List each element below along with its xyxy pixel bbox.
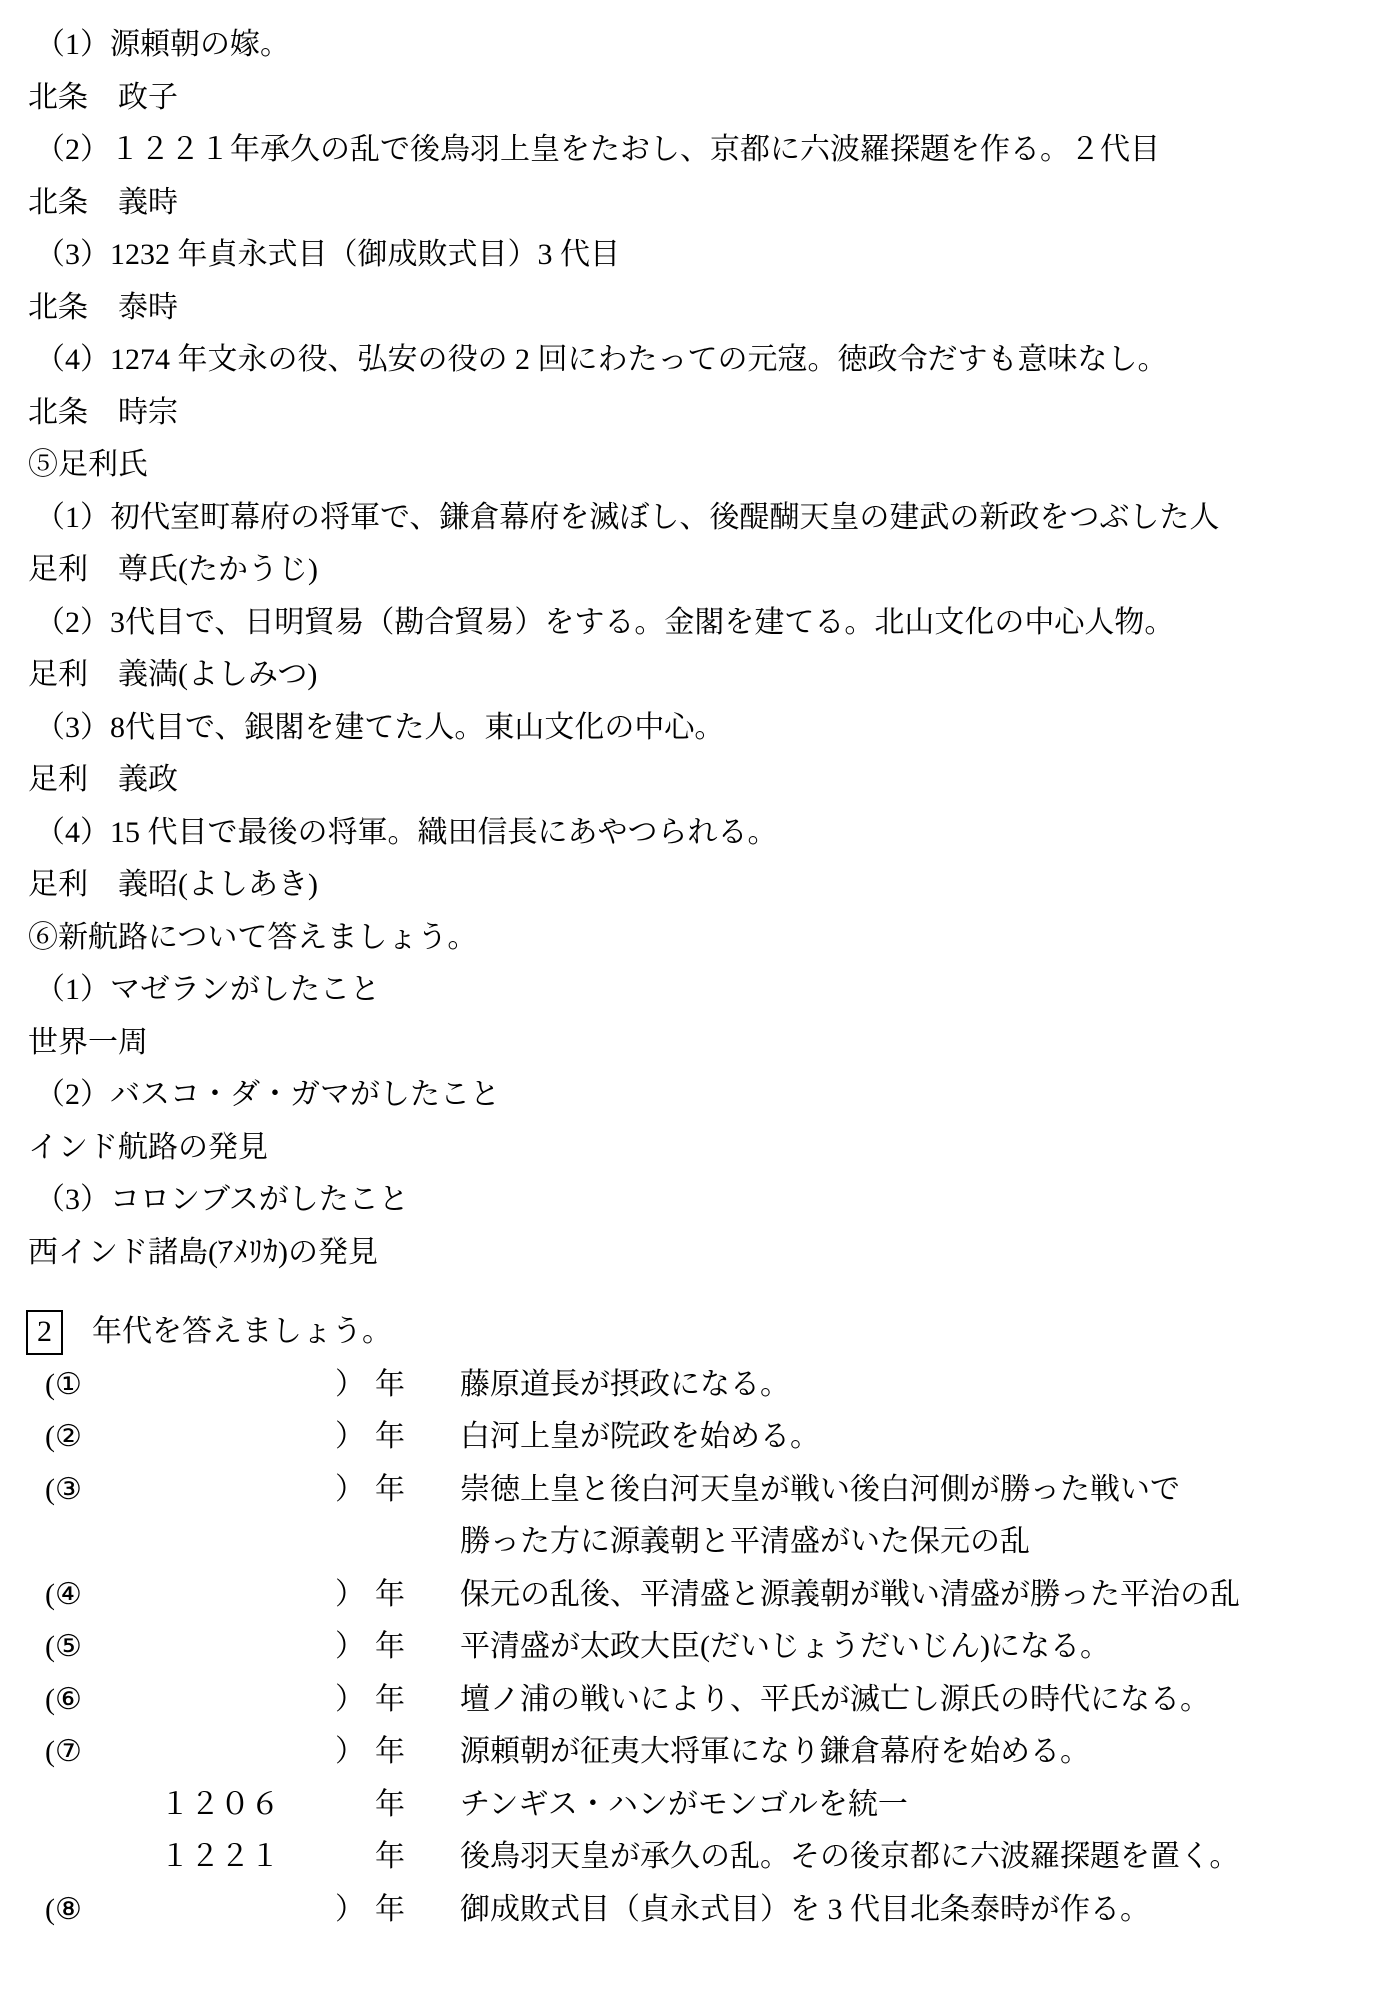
given-year-row: １２０６年チンギス・ハンがモンゴルを統一 <box>0 1779 1396 1832</box>
year-question-row: (⑤）年平清盛が太政大臣(だいじょうだいじん)になる。 <box>0 1621 1396 1674</box>
event-description: 白河上皇が院政を始める。 <box>460 1422 820 1452</box>
answer-line: 足利 義政 <box>0 754 1396 807</box>
question-line: （3）8代目で、銀閣を建てた人。東山文化の中心。 <box>0 702 1396 755</box>
question-text: （3）8代目で、銀閣を建てた人。東山文化の中心。 <box>35 713 724 743</box>
answer-blank-open: (⑥ <box>45 1685 335 1715</box>
year-question-row: (④）年保元の乱後、平清盛と源義朝が戦い清盛が勝った平治の乱 <box>0 1569 1396 1622</box>
answer-blank-close: ） <box>335 1422 375 1452</box>
answer-line: 足利 義昭(よしあき) <box>0 859 1396 912</box>
year-question-row: (⑦）年源頼朝が征夷大将軍になり鎌倉幕府を始める。 <box>0 1726 1396 1779</box>
answer-blank-open: (⑧ <box>45 1895 335 1925</box>
section2-title: 年代を答えましょう。 <box>92 1317 392 1347</box>
question-line: （1）初代室町幕府の将軍で、鎌倉幕府を滅ぼし、後醍醐天皇の建武の新政をつぶした人 <box>0 492 1396 545</box>
event-description: 後鳥羽天皇が承久の乱。その後京都に六波羅探題を置く。 <box>460 1842 1239 1872</box>
given-year: １２０６ <box>45 1790 335 1820</box>
question-text: （3）1232 年貞永式目（御成敗式目）3 代目 <box>35 240 620 270</box>
answer-text: 西インド諸島(ｱﾒﾘｶ)の発見 <box>28 1238 378 1268</box>
answer-blank-close: ） <box>335 1632 375 1662</box>
section-heading-new-routes: ⑥新航路について答えましょう。 <box>0 912 1396 965</box>
answer-text: インド航路の発見 <box>28 1133 268 1163</box>
answer-text: 北条 泰時 <box>28 293 178 323</box>
answer-line: インド航路の発見 <box>0 1122 1396 1175</box>
answer-blank-open: (② <box>45 1422 335 1452</box>
year-question-row: (③）年崇徳上皇と後白河天皇が戦い後白河側が勝った戦いで <box>0 1464 1396 1517</box>
answer-text: 足利 義昭(よしあき) <box>28 870 318 900</box>
answer-blank-open: (③ <box>45 1475 335 1505</box>
answer-blank-close: ） <box>335 1580 375 1610</box>
answer-blank-open: (① <box>45 1370 335 1400</box>
question-line: （4）15 代目で最後の将軍。織田信長にあやつられる。 <box>0 807 1396 860</box>
answer-blank-open: (④ <box>45 1580 335 1610</box>
answer-text: 世界一周 <box>28 1028 148 1058</box>
answer-line: 足利 尊氏(たかうじ) <box>0 544 1396 597</box>
answer-blank-open: (⑤ <box>45 1632 335 1662</box>
question-line: （4）1274 年文永の役、弘安の役の 2 回にわたっての元寇。徳政令だすも意味… <box>0 334 1396 387</box>
year-unit-label: 年 <box>375 1685 460 1715</box>
answer-line: 北条 時宗 <box>0 387 1396 440</box>
question-line: （3）1232 年貞永式目（御成敗式目）3 代目 <box>0 229 1396 282</box>
answer-text: 足利 義政 <box>28 765 178 795</box>
question-line: （2）3代目で、日明貿易（勘合貿易）をする。金閣を建てる。北山文化の中心人物。 <box>0 597 1396 650</box>
answer-blank-close: ） <box>335 1895 375 1925</box>
given-year-row: １２２１年後鳥羽天皇が承久の乱。その後京都に六波羅探題を置く。 <box>0 1831 1396 1884</box>
year-unit-label: 年 <box>375 1580 460 1610</box>
event-description: チンギス・ハンがモンゴルを統一 <box>460 1790 908 1820</box>
event-description: 保元の乱後、平清盛と源義朝が戦い清盛が勝った平治の乱 <box>460 1580 1240 1610</box>
year-unit-label: 年 <box>375 1475 460 1505</box>
year-unit-label: 年 <box>375 1842 460 1872</box>
question-text: （3）コロンブスがしたこと <box>35 1185 409 1215</box>
answer-line: 北条 義時 <box>0 177 1396 230</box>
heading-text: ⑤足利氏 <box>28 450 148 480</box>
answer-line: 世界一周 <box>0 1017 1396 1070</box>
year-unit-label: 年 <box>375 1790 460 1820</box>
question-line: （2）バスコ・ダ・ガマがしたこと <box>0 1069 1396 1122</box>
event-description: 源頼朝が征夷大将軍になり鎌倉幕府を始める。 <box>460 1737 1090 1767</box>
year-unit-label: 年 <box>375 1370 460 1400</box>
year-question-row: (②）年白河上皇が院政を始める。 <box>0 1411 1396 1464</box>
answer-line: 北条 泰時 <box>0 282 1396 335</box>
answer-blank-close: ） <box>335 1475 375 1505</box>
section-heading-ashikaga: ⑤足利氏 <box>0 439 1396 492</box>
year-question-row: (⑧）年御成敗式目（貞永式目）を 3 代目北条泰時が作る。 <box>0 1884 1396 1937</box>
question-text: （1）源頼朝の嫁。 <box>35 30 290 60</box>
answer-blank-close: ） <box>335 1685 375 1715</box>
event-description: 御成敗式目（貞永式目）を 3 代目北条泰時が作る。 <box>460 1895 1150 1925</box>
question-line: （1）源頼朝の嫁。 <box>0 19 1396 72</box>
question-line: （1）マゼランがしたこと <box>0 964 1396 1017</box>
section-number-box: 2 <box>26 1310 63 1355</box>
answer-text: 北条 政子 <box>28 83 178 113</box>
section2-heading: 2 年代を答えましょう。 <box>0 1306 1396 1359</box>
event-description-continuation: 勝った方に源義朝と平清盛がいた保元の乱 <box>0 1516 1396 1569</box>
question-text: （4）15 代目で最後の将軍。織田信長にあやつられる。 <box>35 818 778 848</box>
year-unit-label: 年 <box>375 1422 460 1452</box>
event-description: 平清盛が太政大臣(だいじょうだいじん)になる。 <box>460 1632 1110 1662</box>
event-description: 崇徳上皇と後白河天皇が戦い後白河側が勝った戦いで <box>460 1475 1180 1505</box>
question-line: （3）コロンブスがしたこと <box>0 1174 1396 1227</box>
answer-line: 西インド諸島(ｱﾒﾘｶ)の発見 <box>0 1227 1396 1280</box>
answer-line: 足利 義満(よしみつ) <box>0 649 1396 702</box>
question-line: （2）１２２１年承久の乱で後鳥羽上皇をたおし、京都に六波羅探題を作る。２代目 <box>0 124 1396 177</box>
event-description: 壇ノ浦の戦いにより、平氏が滅亡し源氏の時代になる。 <box>460 1685 1210 1715</box>
question-text: （2）１２２１年承久の乱で後鳥羽上皇をたおし、京都に六波羅探題を作る。２代目 <box>35 135 1160 165</box>
answer-text: 北条 義時 <box>28 188 178 218</box>
answer-blank-close: ） <box>335 1370 375 1400</box>
given-year: １２２１ <box>45 1842 335 1872</box>
worksheet-page: （1）源頼朝の嫁。 北条 政子 （2）１２２１年承久の乱で後鳥羽上皇をたおし、京… <box>0 0 1396 2008</box>
year-unit-label: 年 <box>375 1895 460 1925</box>
year-question-row: (①）年藤原道長が摂政になる。 <box>0 1359 1396 1412</box>
heading-text: ⑥新航路について答えましょう。 <box>28 923 477 953</box>
question-text: （2）バスコ・ダ・ガマがしたこと <box>35 1080 500 1110</box>
answer-blank-close: ） <box>335 1737 375 1767</box>
answer-text: 足利 尊氏(たかうじ) <box>28 555 318 585</box>
answer-text: 足利 義満(よしみつ) <box>28 660 317 690</box>
year-unit-label: 年 <box>375 1632 460 1662</box>
answer-text: 北条 時宗 <box>28 398 178 428</box>
year-question-row: (⑥）年壇ノ浦の戦いにより、平氏が滅亡し源氏の時代になる。 <box>0 1674 1396 1727</box>
question-text: （4）1274 年文永の役、弘安の役の 2 回にわたっての元寇。徳政令だすも意味… <box>35 345 1168 375</box>
question-text: （2）3代目で、日明貿易（勘合貿易）をする。金閣を建てる。北山文化の中心人物。 <box>35 608 1174 638</box>
answer-line: 北条 政子 <box>0 72 1396 125</box>
event-description: 勝った方に源義朝と平清盛がいた保元の乱 <box>460 1527 1030 1557</box>
event-description: 藤原道長が摂政になる。 <box>460 1370 790 1400</box>
year-unit-label: 年 <box>375 1737 460 1767</box>
answer-blank-open: (⑦ <box>45 1737 335 1767</box>
question-text: （1）マゼランがしたこと <box>35 975 380 1005</box>
question-text: （1）初代室町幕府の将軍で、鎌倉幕府を滅ぼし、後醍醐天皇の建武の新政をつぶした人 <box>35 503 1219 533</box>
